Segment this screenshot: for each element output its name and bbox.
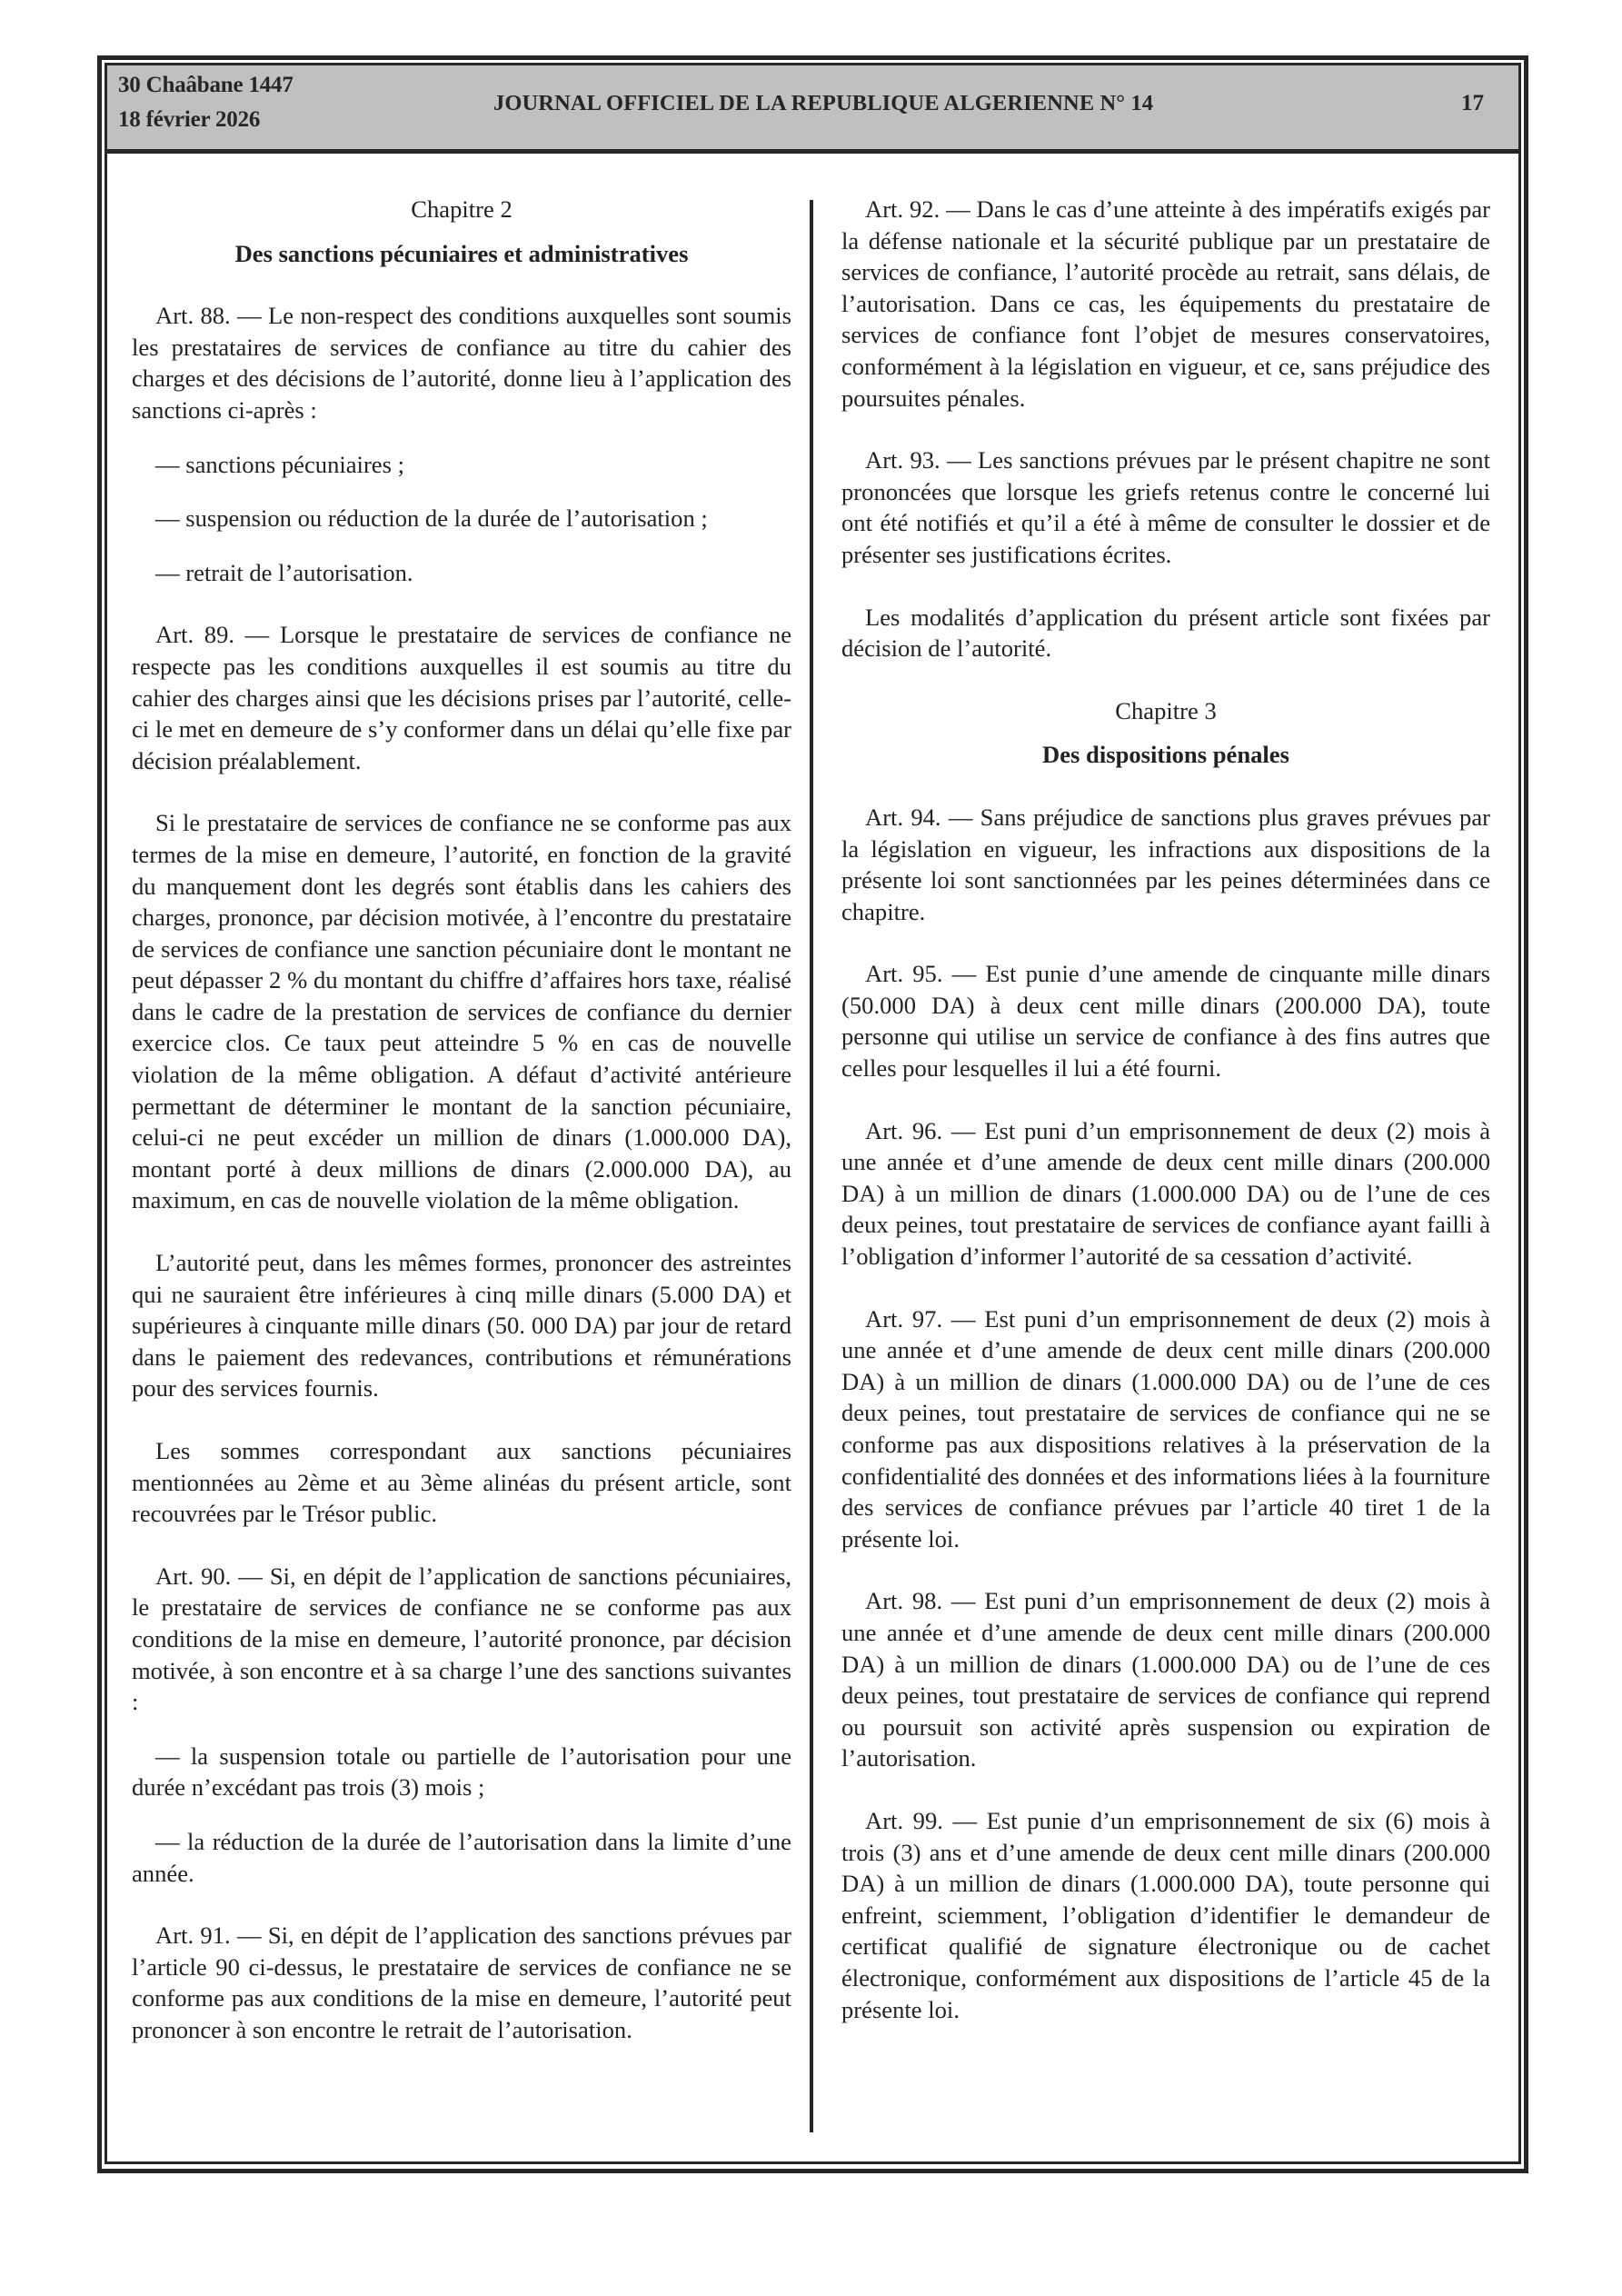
article-88-intro: Art. 88. — Le non-respect des conditions…	[132, 300, 791, 425]
column-divider	[810, 200, 813, 2132]
chapter-3-label: Chapitre 3	[841, 695, 1490, 727]
header-date-gregorian: 18 février 2026	[118, 107, 260, 133]
article-88-item-1: — sanctions pécuniaires ;	[132, 449, 791, 481]
page-header: 30 Chaâbane 1447 18 février 2026 JOURNAL…	[107, 65, 1518, 154]
article-97: Art. 97. — Est puni d’un emprisonnement …	[841, 1303, 1490, 1555]
article-91: Art. 91. — Si, en dépit de l’application…	[132, 1920, 791, 2045]
article-89-paragraph-1: Art. 89. — Lorsque le prestataire de ser…	[132, 619, 791, 776]
chapter-2-label: Chapitre 2	[132, 194, 791, 225]
article-88-item-3: — retrait de l’autorisation.	[132, 557, 791, 589]
article-88-item-2: — suspension ou réduction de la durée de…	[132, 503, 791, 534]
article-90-intro: Art. 90. — Si, en dépit de l’application…	[132, 1561, 791, 1718]
article-89-paragraph-2: Si le prestataire de services de confian…	[132, 807, 791, 1216]
chapter-2-title: Des sanctions pécuniaires et administrat…	[132, 238, 791, 270]
article-95: Art. 95. — Est punie d’une amende de cin…	[841, 958, 1490, 1083]
article-89-paragraph-3: L’autorité peut, dans les mêmes formes, …	[132, 1247, 791, 1404]
article-90-item-2: — la réduction de la durée de l’autorisa…	[132, 1826, 791, 1889]
header-date-hijri: 30 Chaâbane 1447	[118, 73, 294, 98]
article-99: Art. 99. — Est punie d’un emprisonnement…	[841, 1805, 1490, 2025]
left-column: Chapitre 2 Des sanctions pécuniaires et …	[132, 194, 791, 2046]
article-93-paragraph-1: Art. 93. — Les sanctions prévues par le …	[841, 444, 1490, 570]
page-number: 17	[1461, 91, 1484, 116]
article-92: Art. 92. — Dans le cas d’une atteinte à …	[841, 194, 1490, 414]
right-column: Art. 92. — Dans le cas d’une atteinte à …	[841, 194, 1490, 2025]
journal-title: JOURNAL OFFICIEL DE LA REPUBLIQUE ALGERI…	[493, 91, 1153, 116]
article-98: Art. 98. — Est puni d’un emprisonnement …	[841, 1585, 1490, 1774]
article-94: Art. 94. — Sans préjudice de sanctions p…	[841, 802, 1490, 927]
chapter-3-title: Des dispositions pénales	[841, 739, 1490, 771]
article-96: Art. 96. — Est puni d’un emprisonnement …	[841, 1115, 1490, 1273]
article-93-paragraph-2: Les modalités d’application du présent a…	[841, 602, 1490, 664]
article-90-item-1: — la suspension totale ou partielle de l…	[132, 1741, 791, 1803]
article-89-paragraph-4: Les sommes correspondant aux sanctions p…	[132, 1435, 791, 1530]
